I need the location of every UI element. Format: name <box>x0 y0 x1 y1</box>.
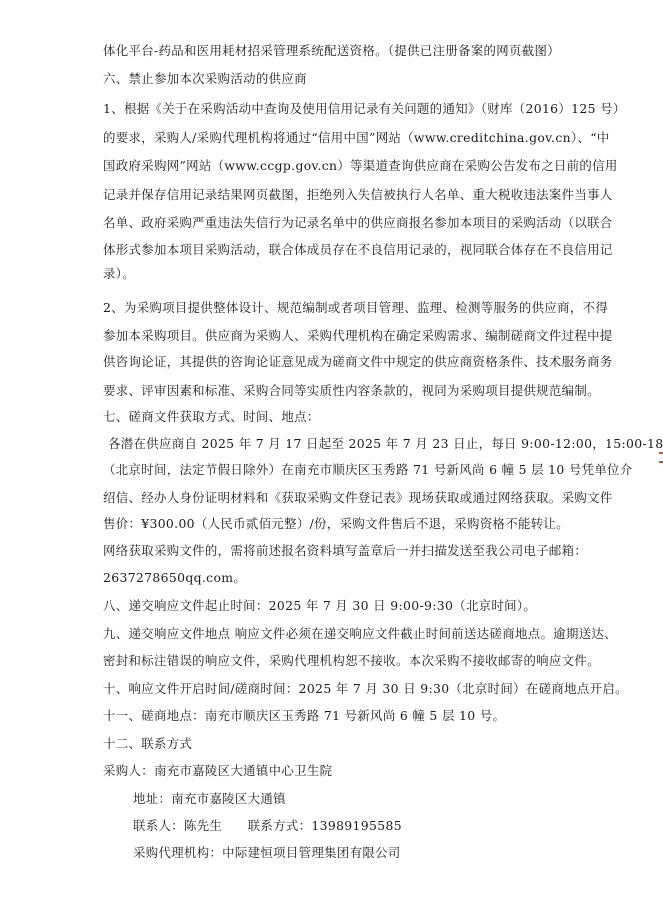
text-line: （北京时间，法定节假日除外）在南充市顺庆区玉秀路 71 号新风尚 6 幢 5 层… <box>103 462 633 478</box>
document-page: 体化平台-药品和医用耗材招采管理系统配送资格。（提供已注册备案的网页截图） 六、… <box>0 0 663 912</box>
agency-line: 采购代理机构：中际建恒项目管理集团有限公司 <box>133 845 401 861</box>
text-line: 2、为采购项目提供整体设计、规范编制或者项目管理、监理、检测等服务的供应商，不得 <box>103 300 608 316</box>
text-line: 参加本采购项目。供应商为采购人、采购代理机构在确定采购需求、编制磋商文件过程中提 <box>103 328 613 344</box>
text-line: 的要求，采购人/采购代理机构将通过“信用中国”网站（www.creditchin… <box>103 130 610 146</box>
address-line: 地址：南充市嘉陵区大通镇 <box>133 791 286 807</box>
edge-stamp-mark <box>659 452 663 454</box>
purchaser-line: 采购人：南充市嘉陵区大通镇中心卫生院 <box>103 763 332 779</box>
section-heading-11: 十一、磋商地点：南充市顺庆区玉秀路 71 号新风尚 6 幢 5 层 10 号。 <box>103 708 505 724</box>
section-heading-9: 九、递交响应文件地点 响应文件必须在递交响应文件截止时间前送达磋商地点。逾期送达… <box>103 626 617 642</box>
text-line: 1、根据《关于在采购活动中查询及使用信用记录有关问题的通知》（财库（2016）1… <box>103 101 626 117</box>
text-line: 各潜在供应商自 2025 年 7 月 17 日起至 2025 年 7 月 23 … <box>108 436 663 452</box>
text-line-qualification-end: 体化平台-药品和医用耗材招采管理系统配送资格。（提供已注册备案的网页截图） <box>103 43 560 59</box>
text-line: 要求、评审因素和标准、采购合同等实质性内容条款的，视同为采购项目提供规范编制。 <box>103 383 600 399</box>
section-heading-12: 十二、联系方式 <box>103 736 192 752</box>
text-line: 绍信、经办人身份证明材料和《获取采购文件登记表》现场获取或通过网络获取。采购文件 <box>103 490 613 506</box>
text-line: 密封和标注错误的响应文件，采购代理机构恕不接收。本次采购不接收邮寄的响应文件。 <box>103 653 600 669</box>
contact-line: 联系人：陈先生 联系方式：13989195585 <box>133 818 402 834</box>
text-line: 售价：¥300.00（人民币贰佰元整）/份，采购文件售后不退，采购资格不能转让。 <box>103 516 569 532</box>
section-heading-7: 七、磋商文件获取方式、时间、地点： <box>103 409 320 425</box>
text-line: 体形式参加本项目采购活动，联合体成员存在不良信用记录的，视同联合体存在不良信用记 <box>103 242 613 258</box>
section-heading-8: 八、递交响应文件起止时间：2025 年 7 月 30 日 9:00-9:30（北… <box>103 598 536 614</box>
section-heading-10: 十、响应文件开启时间/磋商时间：2025 年 7 月 30 日 9:30（北京时… <box>103 681 628 697</box>
text-line: 记录并保存信用记录结果网页截图，拒绝列入失信被执行人名单、重大税收违法案件当事人 <box>103 187 613 203</box>
edge-stamp-mark <box>659 461 663 463</box>
section-heading-6: 六、禁止参加本次采购活动的供应商 <box>103 71 307 87</box>
text-line: 供咨询论证，其提供的咨询论证意见成为磋商文件中规定的供应商资格条件、技术服务商务 <box>103 354 613 370</box>
text-line: 录）。 <box>103 266 135 282</box>
text-line: 网络获取采购文件的，需将前述报名资料填写盖章后一并扫描发送至我公司电子邮箱： <box>103 543 587 559</box>
text-line: 国政府采购网”网站（www.ccgp.gov.cn）等渠道查询供应商在采购公告发… <box>103 158 618 174</box>
email-address: 2637278650qq.com。 <box>103 570 246 586</box>
text-line: 名单、政府采购严重违法失信行为记录名单中的供应商报名参加本项目的采购活动（以联合 <box>103 215 613 231</box>
